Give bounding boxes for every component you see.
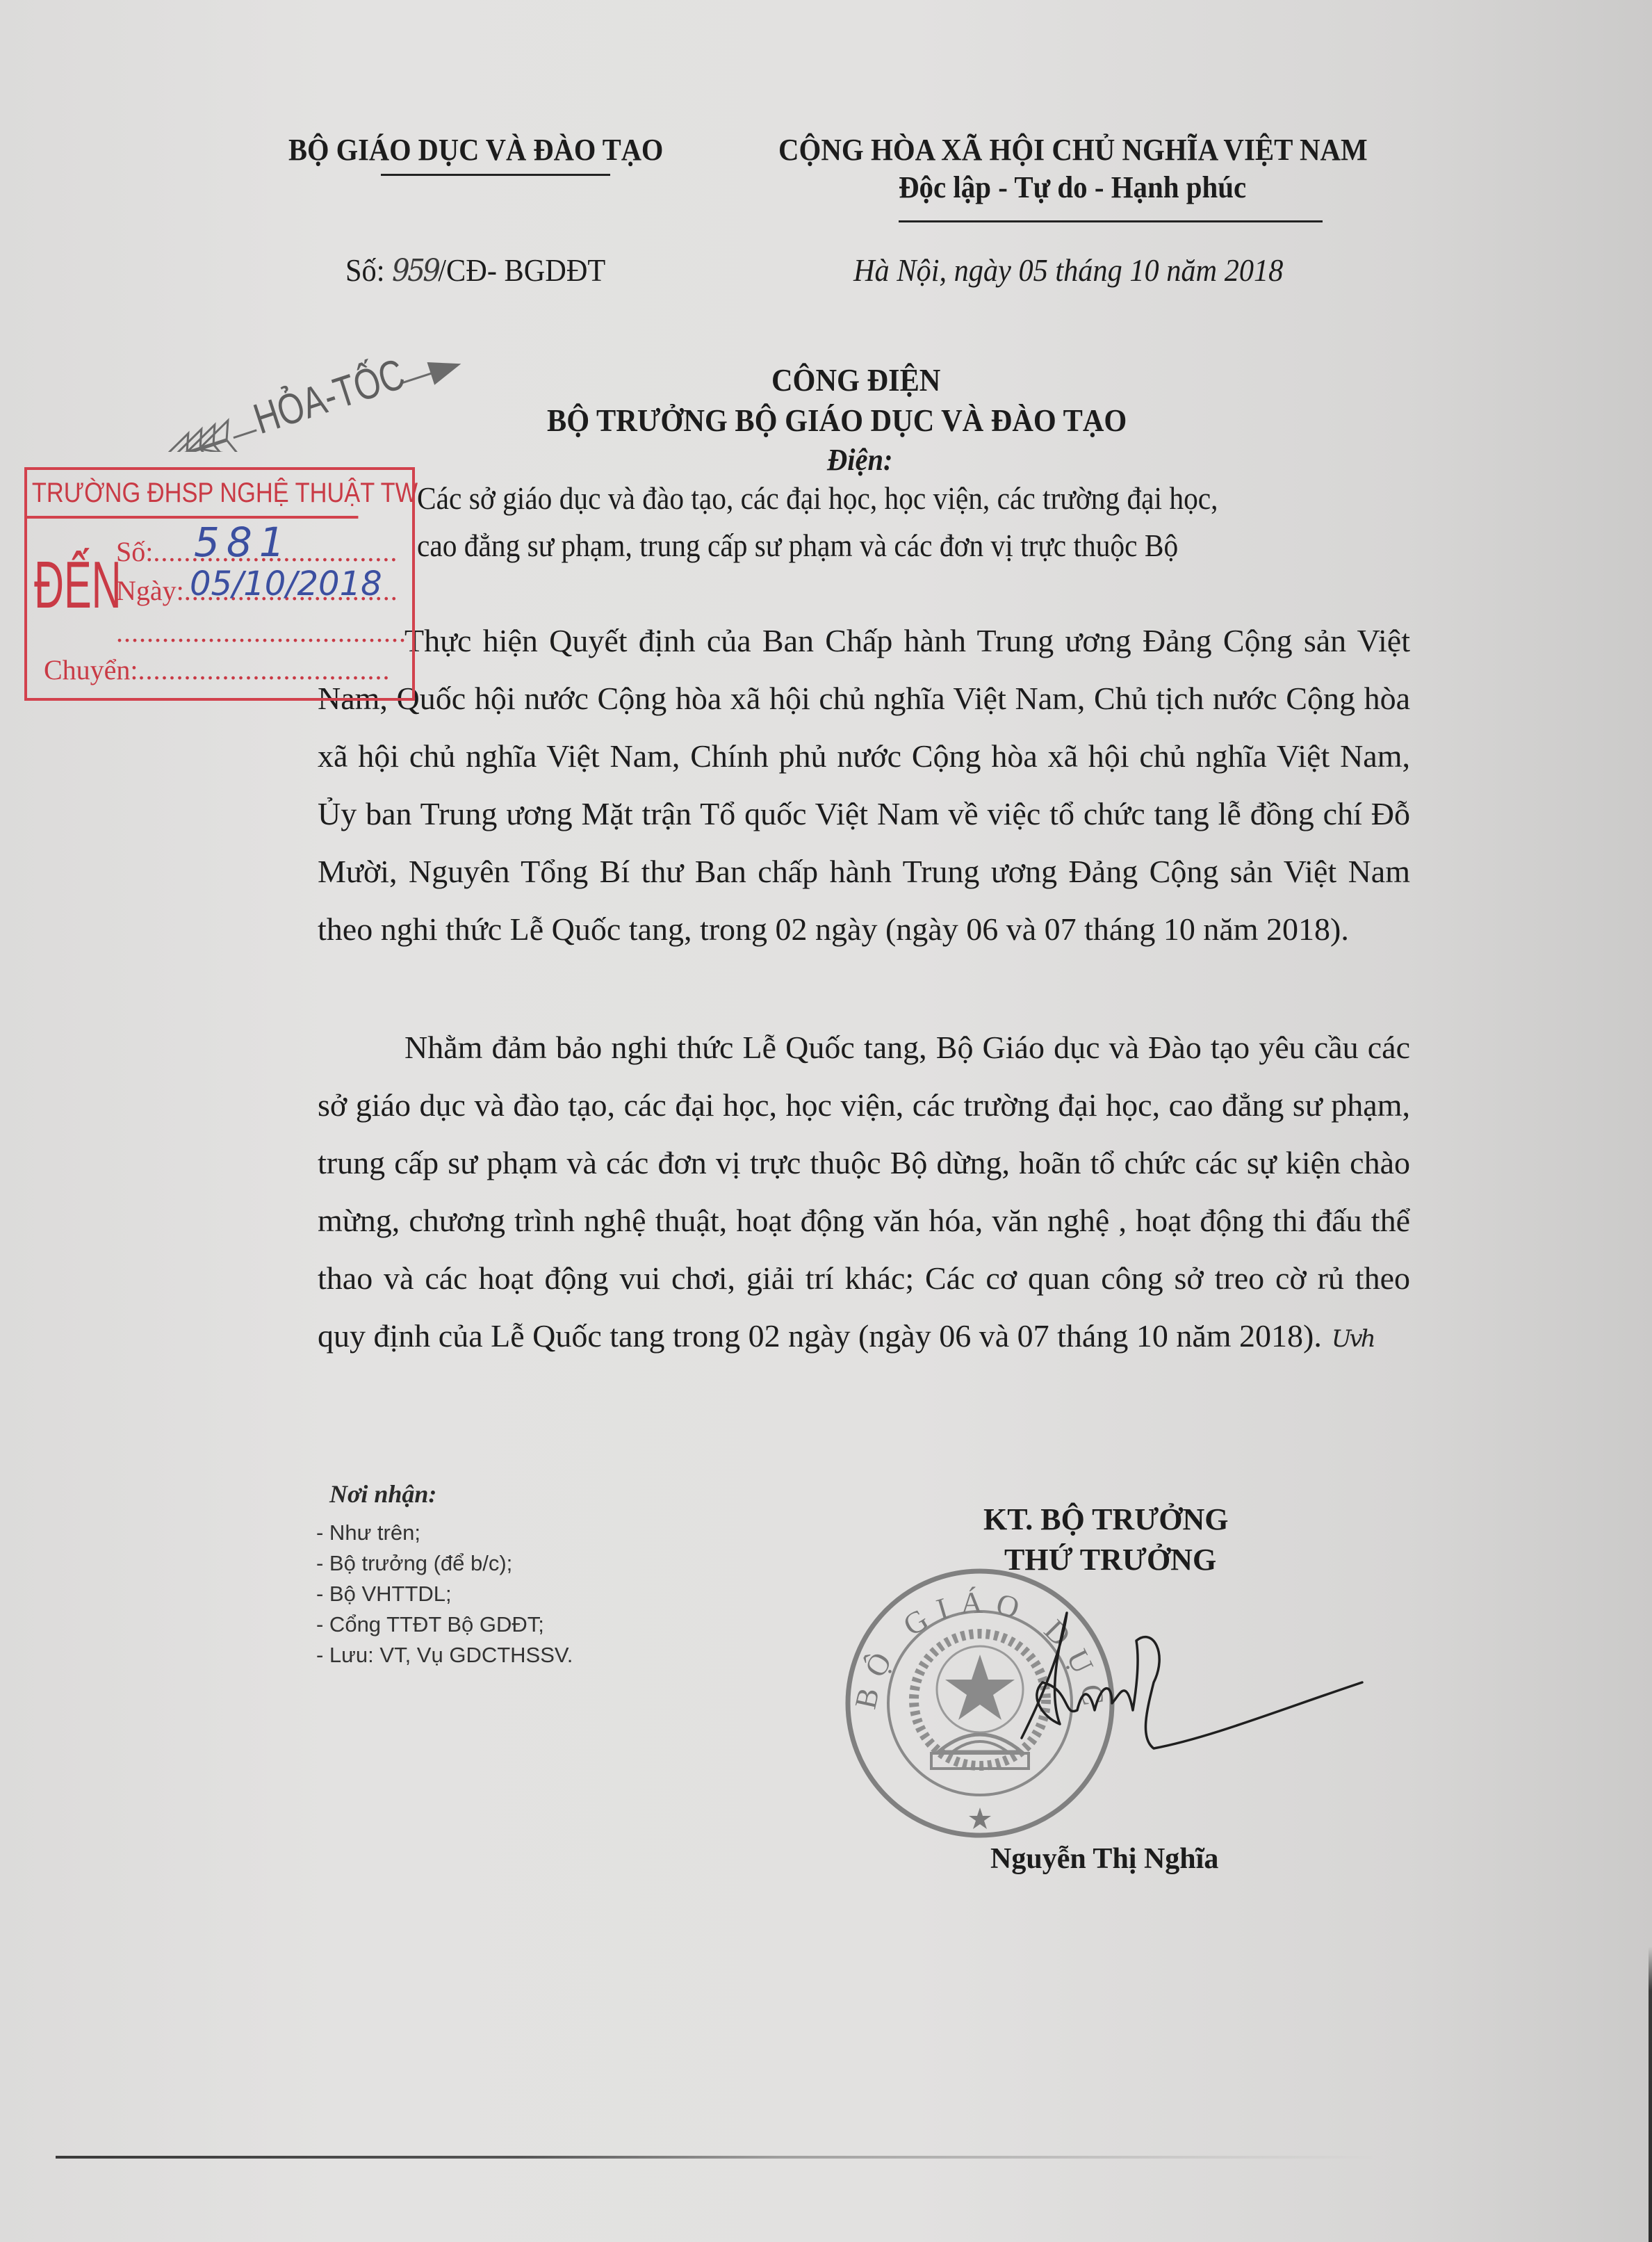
place-date: Hà Nội, ngày 05 tháng 10 năm 2018 xyxy=(853,252,1283,289)
handwritten-initials: Uvh xyxy=(1332,1325,1374,1353)
document-issuer: BỘ TRƯỞNG BỘ GIÁO DỤC VÀ ĐÀO TẠO xyxy=(547,402,1127,439)
document-type: CÔNG ĐIỆN xyxy=(771,362,940,398)
received-number-handwritten: 581 xyxy=(194,519,292,566)
received-date-label: Ngày: xyxy=(116,575,184,606)
addressee-line-2: cao đẳng sư phạm, trung cấp sư phạm và c… xyxy=(417,527,1178,564)
number-suffix: /CĐ- BGDĐT xyxy=(438,252,605,288)
signature-title-2: THỨ TRƯỞNG xyxy=(1004,1542,1216,1577)
forward-field: Chuyển:................................. xyxy=(44,653,391,686)
bottom-rule xyxy=(56,2156,1376,2159)
paragraph-1-text: Thực hiện Quyết định của Ban Chấp hành T… xyxy=(318,612,1410,958)
body-paragraph-1: Thực hiện Quyết định của Ban Chấp hành T… xyxy=(318,612,1410,958)
recipient-item: - Bộ VHTTDL; xyxy=(316,1579,573,1609)
received-date-handwritten: 05/10/2018 xyxy=(190,564,382,603)
received-stamp-institution: TRƯỜNG ĐHSP NGHỆ THUẬT TW xyxy=(27,470,358,519)
issuing-agency: BỘ GIÁO DỤC VÀ ĐÀO TẠO xyxy=(288,132,663,168)
recipients-heading: Nơi nhận: xyxy=(329,1479,436,1509)
document-number: Số: 959/CĐ- BGDĐT xyxy=(345,252,605,289)
body-paragraph-2: Nhằm đảm bảo nghi thức Lễ Quốc tang, Bộ … xyxy=(318,1018,1410,1368)
forward-label: Chuyển: xyxy=(44,654,138,685)
urgent-stamp-text: HỎA-TỐC xyxy=(248,350,410,444)
addressee-label: Điện: xyxy=(827,442,892,478)
forward-dots: ................................. xyxy=(138,654,391,685)
agency-underline xyxy=(381,174,610,176)
paper-edge-shadow xyxy=(1649,1947,1652,2242)
received-blank-line: ...................................... xyxy=(116,616,407,649)
handwritten-signature-icon xyxy=(945,1599,1390,1780)
number-label: Số: xyxy=(345,252,384,288)
recipient-item: - Như trên; xyxy=(316,1518,573,1548)
received-stamp-den: ĐẾN xyxy=(34,552,122,619)
recipient-item: - Cổng TTĐT Bộ GDĐT; xyxy=(316,1609,573,1640)
paragraph-2-text: Nhằm đảm bảo nghi thức Lễ Quốc tang, Bộ … xyxy=(318,1018,1410,1368)
recipients-list: - Như trên; - Bộ trưởng (để b/c); - Bộ V… xyxy=(316,1518,573,1671)
urgent-arrow-stamp-icon: HỎA-TỐC xyxy=(132,327,493,452)
national-motto: Độc lập - Tự do - Hạnh phúc xyxy=(899,170,1246,205)
received-number-label: Số: xyxy=(116,536,153,567)
motto-underline xyxy=(899,220,1323,222)
paragraph-2-content: Nhằm đảm bảo nghi thức Lễ Quốc tang, Bộ … xyxy=(318,1030,1410,1354)
signer-name: Nguyễn Thị Nghĩa xyxy=(990,1842,1218,1876)
received-stamp: TRƯỜNG ĐHSP NGHỆ THUẬT TW ĐẾN Số:.......… xyxy=(24,467,415,701)
recipient-item: - Lưu: VT, Vụ GDCTHSSV. xyxy=(316,1640,573,1671)
number-handwritten: 959 xyxy=(392,253,438,289)
country-name: CỘNG HÒA XÃ HỘI CHỦ NGHĨA VIỆT NAM xyxy=(778,132,1368,168)
signature-title-1: KT. BỘ TRƯỞNG xyxy=(983,1502,1228,1537)
addressee-line-1: Các sở giáo dục và đào tạo, các đại học,… xyxy=(417,480,1218,517)
recipient-item: - Bộ trưởng (để b/c); xyxy=(316,1548,573,1579)
